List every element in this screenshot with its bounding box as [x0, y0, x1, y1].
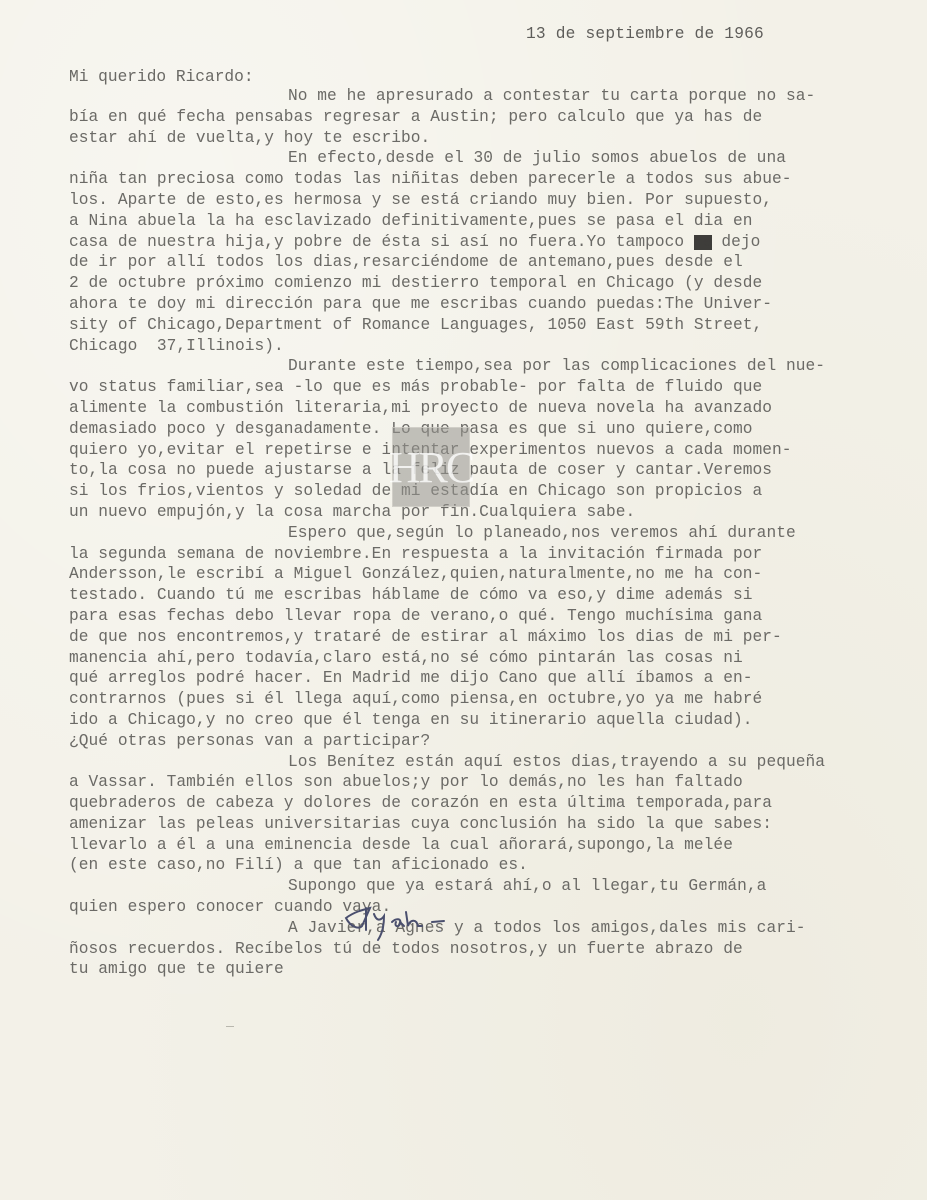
letter-salutation: Mi querido Ricardo: — [69, 68, 254, 86]
letter-line: ahora te doy mi dirección para que me es… — [69, 294, 919, 315]
line-text: bía en qué fecha pensabas regresar a Aus… — [69, 108, 762, 126]
letter-line: amenizar las peleas universitarias cuya … — [69, 814, 919, 835]
watermark-text: HRC — [389, 442, 473, 493]
letter-line: casa de nuestra hija,y pobre de ésta si … — [69, 232, 919, 253]
line-text: (en este caso,no Filí) a que tan aficion… — [69, 856, 528, 874]
letter-line: los. Aparte de esto,es hermosa y se está… — [69, 190, 919, 211]
line-text: para esas fechas debo llevar ropa de ver… — [69, 607, 762, 625]
line-text: niña tan preciosa como todas las niñitas… — [69, 170, 792, 188]
handwritten-signature — [340, 900, 500, 950]
line-text: ido a Chicago,y no creo que él tenga en … — [69, 711, 753, 729]
letter-line: ido a Chicago,y no creo que él tenga en … — [69, 710, 919, 731]
letter-line: No me he apresurado a contestar tu carta… — [69, 86, 919, 107]
letter-line: para esas fechas debo llevar ropa de ver… — [69, 606, 919, 627]
line-text: No me he apresurado a contestar tu carta… — [288, 87, 815, 105]
line-text: Espero que,según lo planeado,nos veremos… — [288, 524, 796, 542]
letter-line: la segunda semana de noviembre.En respue… — [69, 544, 919, 565]
letter-line: de ir por allí todos los dias,resarciénd… — [69, 252, 919, 273]
line-text: a Nina abuela la ha esclavizado definiti… — [69, 212, 753, 230]
line-text: tu amigo que te quiere — [69, 960, 284, 978]
letter-line: si los frios,vientos y soledad de mi est… — [69, 481, 919, 502]
line-text: Chicago 37,Illinois). — [69, 337, 284, 355]
letter-line: niña tan preciosa como todas las niñitas… — [69, 169, 919, 190]
letter-line: vo status familiar,sea -lo que es más pr… — [69, 377, 919, 398]
line-text: llevarlo a él a una eminencia desde la c… — [69, 836, 733, 854]
line-text: Durante este tiempo,sea por las complica… — [288, 357, 825, 375]
line-text: Andersson,le escribí a Miguel González,q… — [69, 565, 762, 583]
letter-line: a Nina abuela la ha esclavizado definiti… — [69, 211, 919, 232]
letter-line: un nuevo empujón,y la cosa marcha por fi… — [69, 502, 919, 523]
line-text: a Vassar. También ellos son abuelos;y po… — [69, 773, 743, 791]
letter-line: llevarlo a él a una eminencia desde la c… — [69, 835, 919, 856]
line-text: Los Benítez están aquí estos dias,trayen… — [288, 753, 825, 771]
line-text: testado. Cuando tú me escribas háblame d… — [69, 586, 753, 604]
letter-line: Los Benítez están aquí estos dias,trayen… — [69, 752, 919, 773]
line-text: En efecto,desde el 30 de julio somos abu… — [288, 149, 786, 167]
line-text: ¿Qué otras personas van a participar? — [69, 732, 430, 750]
line-text: quebraderos de cabeza y dolores de coraz… — [69, 794, 772, 812]
line-text: la segunda semana de noviembre.En respue… — [69, 545, 762, 563]
letter-line: bía en qué fecha pensabas regresar a Aus… — [69, 107, 919, 128]
letter-line: quiero yo,evitar el repetirse e intentar… — [69, 440, 919, 461]
line-text: Supongo que ya estará ahí,o al llegar,tu… — [288, 877, 766, 895]
line-text: los. Aparte de esto,es hermosa y se está… — [69, 191, 772, 209]
line-text: casa de nuestra hija,y pobre de ésta si … — [69, 233, 684, 251]
line-text: vo status familiar,sea -lo que es más pr… — [69, 378, 762, 396]
letter-line: de que nos encontremos,y trataré de esti… — [69, 627, 919, 648]
line-text: ahora te doy mi dirección para que me es… — [69, 295, 772, 313]
letter-line: tu amigo que te quiere — [69, 959, 919, 980]
letter-line: to,la cosa no puede ajustarse a la feliz… — [69, 460, 919, 481]
letter-line: testado. Cuando tú me escribas háblame d… — [69, 585, 919, 606]
letter-line: ¿Qué otras personas van a participar? — [69, 731, 919, 752]
letter-date: 13 de septiembre de 1966 — [526, 25, 764, 43]
paper-mark — [226, 1026, 234, 1027]
line-text-after: dejo — [712, 233, 761, 251]
line-text: de ir por allí todos los dias,resarciénd… — [69, 253, 743, 271]
letter-line: (en este caso,no Filí) a que tan aficion… — [69, 855, 919, 876]
line-text: alimente la combustión literaria,mi proy… — [69, 399, 772, 417]
hrc-watermark: HRC — [392, 427, 470, 507]
line-text: sity of Chicago,Department of Romance La… — [69, 316, 762, 334]
letter-line: alimente la combustión literaria,mi proy… — [69, 398, 919, 419]
letter-body: No me he apresurado a contestar tu carta… — [69, 86, 919, 980]
letter-line: contrarnos (pues si él llega aquí,como p… — [69, 689, 919, 710]
letter-line: a Vassar. También ellos son abuelos;y po… — [69, 772, 919, 793]
letter-line: Durante este tiempo,sea por las complica… — [69, 356, 919, 377]
line-text: amenizar las peleas universitarias cuya … — [69, 815, 772, 833]
letter-line: Supongo que ya estará ahí,o al llegar,tu… — [69, 876, 919, 897]
letter-line: 2 de octubre próximo comienzo mi destier… — [69, 273, 919, 294]
letter-line: estar ahí de vuelta,y hoy te escribo. — [69, 128, 919, 149]
line-text: de que nos encontremos,y trataré de esti… — [69, 628, 782, 646]
letter-line: demasiado poco y desganadamente. Lo que … — [69, 419, 919, 440]
letter-line: Andersson,le escribí a Miguel González,q… — [69, 564, 919, 585]
line-text: qué arreglos podré hacer. En Madrid me d… — [69, 669, 753, 687]
line-text: estar ahí de vuelta,y hoy te escribo. — [69, 129, 430, 147]
line-text: manencia ahí,pero todavía,claro está,no … — [69, 649, 743, 667]
letter-line: Chicago 37,Illinois). — [69, 336, 919, 357]
struck-out-word: me — [694, 235, 712, 250]
line-text: contrarnos (pues si él llega aquí,como p… — [69, 690, 762, 708]
letter-line: quebraderos de cabeza y dolores de coraz… — [69, 793, 919, 814]
letter-line: En efecto,desde el 30 de julio somos abu… — [69, 148, 919, 169]
letter-line: Espero que,según lo planeado,nos veremos… — [69, 523, 919, 544]
letter-line: sity of Chicago,Department of Romance La… — [69, 315, 919, 336]
line-text: un nuevo empujón,y la cosa marcha por fi… — [69, 503, 635, 521]
letter-line: manencia ahí,pero todavía,claro está,no … — [69, 648, 919, 669]
letter-line: qué arreglos podré hacer. En Madrid me d… — [69, 668, 919, 689]
line-text: 2 de octubre próximo comienzo mi destier… — [69, 274, 762, 292]
